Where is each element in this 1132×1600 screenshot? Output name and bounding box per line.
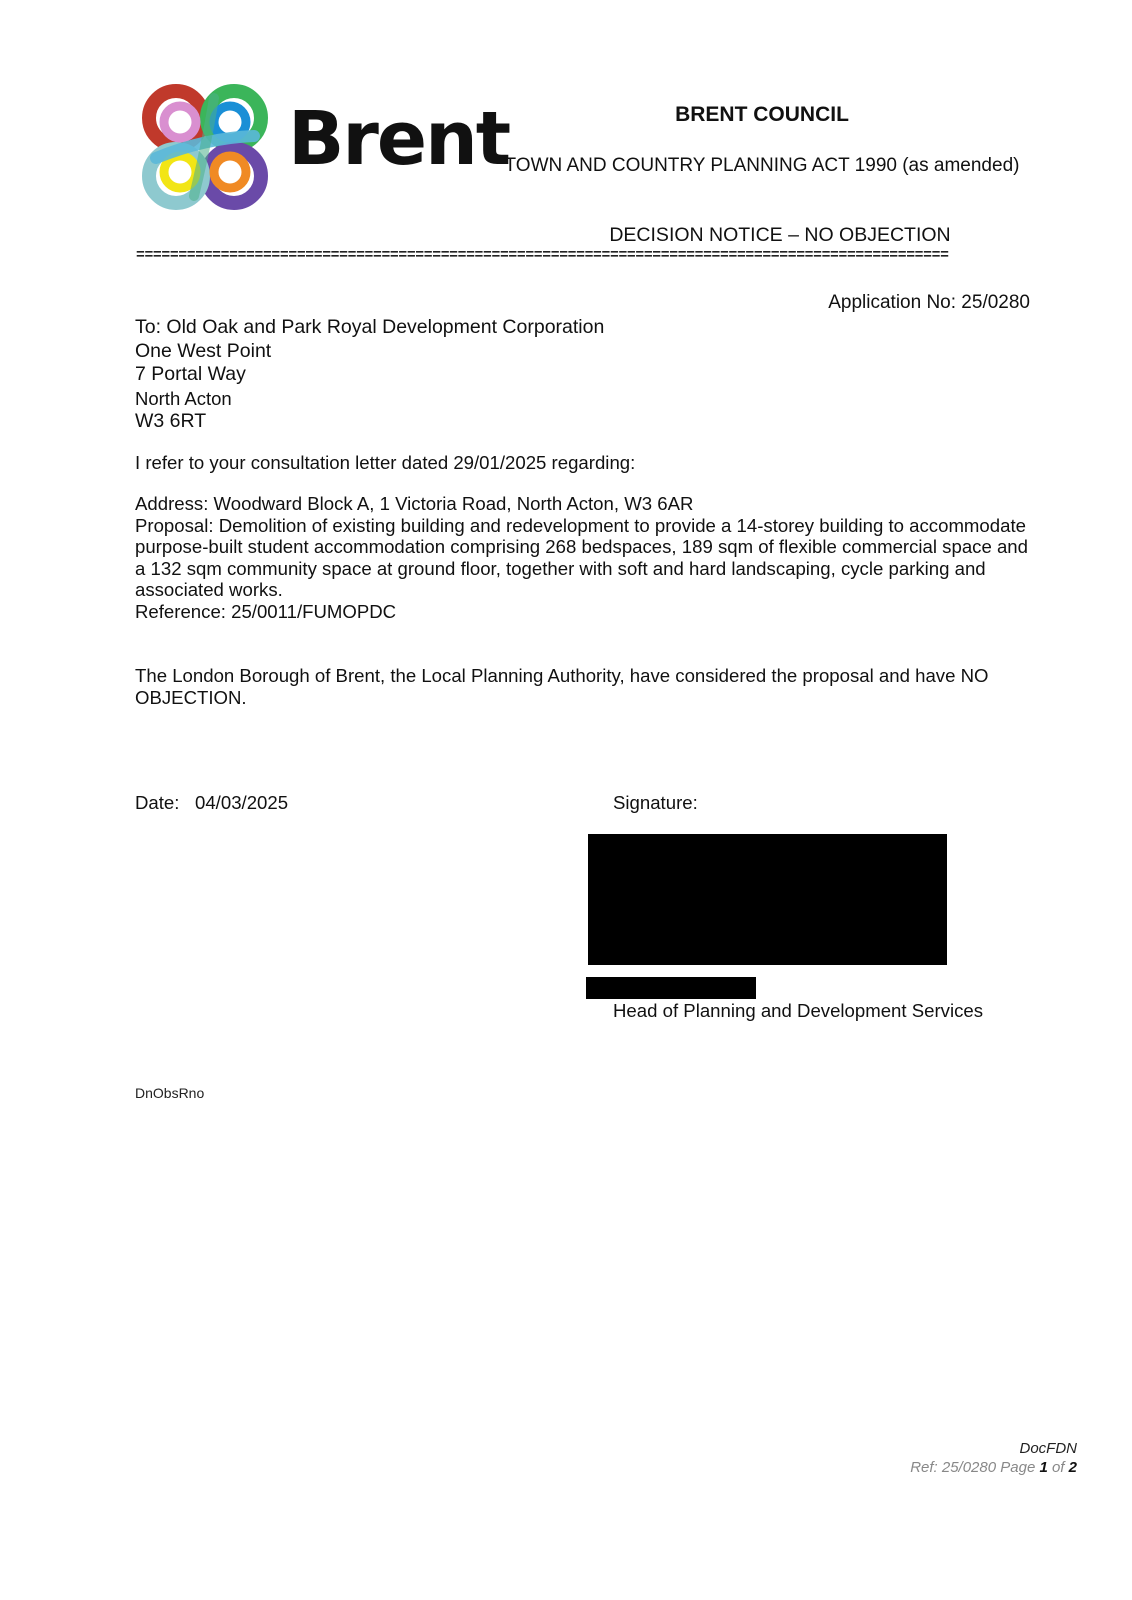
footer-ref-prefix: Ref: 25/0280 Page xyxy=(910,1459,1039,1476)
act-title: TOWN AND COUNTRY PLANNING ACT 1990 (as a… xyxy=(500,155,1024,177)
footer-page-reference: Ref: 25/0280 Page 1 of 2 xyxy=(910,1459,1077,1476)
reference-number: Reference: 25/0011/FUMOPDC xyxy=(135,601,1035,623)
decision-statement: The London Borough of Brent, the Local P… xyxy=(135,665,1035,708)
footer-of: of xyxy=(1048,1459,1069,1476)
application-number: Application No: 25/0280 xyxy=(828,292,1030,314)
separator-line: ========================================… xyxy=(136,246,1026,266)
document-code: DnObsRno xyxy=(135,1085,204,1101)
signatory-title: Head of Planning and Development Service… xyxy=(613,1000,983,1022)
signatory-name-redaction-box xyxy=(586,977,756,999)
page-current: 1 xyxy=(1039,1459,1047,1476)
page-total: 2 xyxy=(1069,1459,1077,1476)
footer-doc-code: DocFDN xyxy=(1019,1440,1077,1457)
site-address: Address: Woodward Block A, 1 Victoria Ro… xyxy=(135,493,1035,515)
addressee-line: North Acton xyxy=(135,387,604,411)
addressee-line: One West Point xyxy=(135,340,604,364)
addressee-line: 7 Portal Way xyxy=(135,363,604,387)
signature-label: Signature: xyxy=(613,792,698,814)
date-label: Date: xyxy=(135,792,179,814)
council-title: BRENT COUNCIL xyxy=(500,103,1024,127)
notice-title: DECISION NOTICE – NO OBJECTION xyxy=(520,224,1040,247)
proposal-description: Proposal: Demolition of existing buildin… xyxy=(135,515,1035,601)
brent-logo-icon xyxy=(136,78,274,216)
intro-paragraph: I refer to your consultation letter date… xyxy=(135,452,635,474)
addressee-line: To: Old Oak and Park Royal Development C… xyxy=(135,316,604,340)
brent-wordmark: Brent xyxy=(288,102,509,176)
signature-redaction-box xyxy=(588,834,947,965)
decision-date: 04/03/2025 xyxy=(195,792,288,814)
addressee-block: To: Old Oak and Park Royal Development C… xyxy=(135,316,604,434)
application-details: Address: Woodward Block A, 1 Victoria Ro… xyxy=(135,493,1035,622)
addressee-line: W3 6RT xyxy=(135,410,604,434)
